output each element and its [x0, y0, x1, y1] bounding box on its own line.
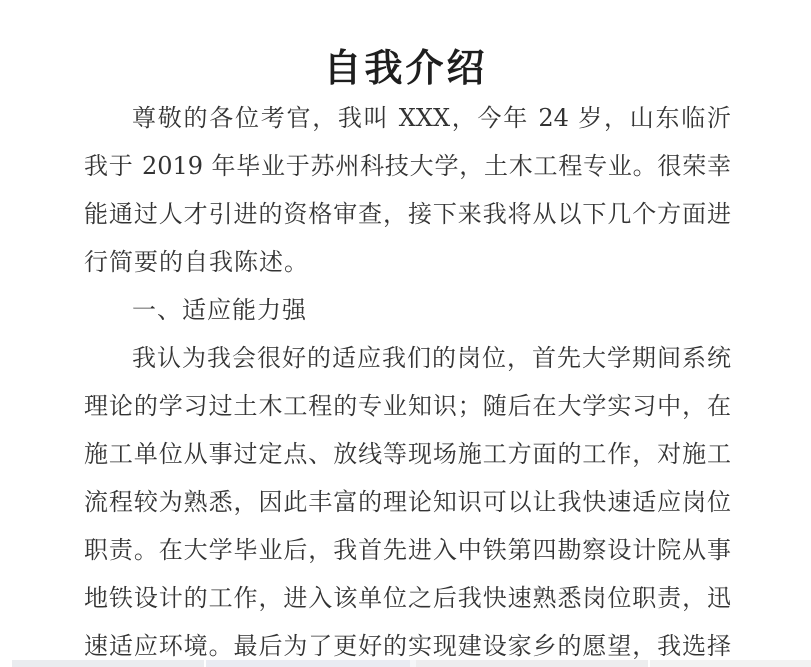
section-heading: 一、适应能力强: [84, 286, 731, 334]
bottom-strip-segment: [416, 660, 648, 667]
doc-line: 理论的学习过土木工程的专业知识；随后在大学实习中，在: [84, 382, 731, 430]
bottom-strip-segment: [650, 660, 811, 667]
doc-line: 职责。在大学毕业后，我首先进入中铁第四勘察设计院从事: [84, 526, 731, 574]
doc-line: 施工单位从事过定点、放线等现场施工方面的工作，对施工: [84, 430, 731, 478]
doc-line: 我认为我会很好的适应我们的岗位，首先大学期间系统: [84, 334, 731, 382]
bottom-edge-strip: [0, 659, 811, 667]
doc-line: 流程较为熟悉，因此丰富的理论知识可以让我快速适应岗位: [84, 478, 731, 526]
doc-line: 能通过人才引进的资格审查，接下来我将从以下几个方面进: [84, 190, 731, 238]
doc-line: 我于 2019 年毕业于苏州科技大学，土木工程专业。很荣幸: [84, 142, 731, 190]
doc-line: 行简要的自我陈述。: [84, 238, 731, 286]
document-title: 自我介绍: [0, 44, 811, 92]
bottom-strip-segment: [12, 660, 204, 667]
doc-line: 地铁设计的工作，进入该单位之后我快速熟悉岗位职责，迅: [84, 574, 731, 622]
document-body: 尊敬的各位考官，我叫 XXX，今年 24 岁，山东临沂人。 我于 2019 年毕…: [84, 94, 731, 667]
document-page: 自我介绍 尊敬的各位考官，我叫 XXX，今年 24 岁，山东临沂人。 我于 20…: [0, 0, 811, 667]
doc-line: 尊敬的各位考官，我叫 XXX，今年 24 岁，山东临沂人。: [84, 94, 731, 142]
bottom-strip-segment: [206, 660, 410, 667]
